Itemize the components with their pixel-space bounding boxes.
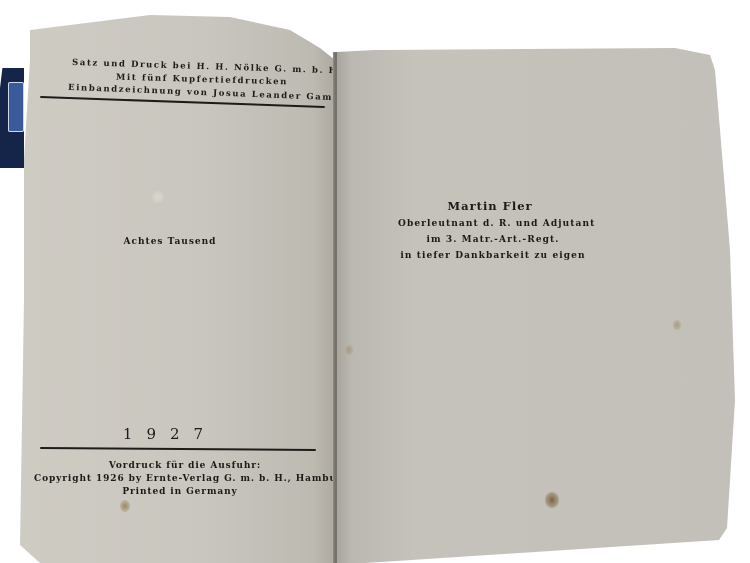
copyright-line-1: Vordruck für die Ausfuhr: — [80, 461, 290, 471]
open-book-photo: Satz und Druck bei H. H. Nölke G. m. b. … — [0, 0, 750, 563]
edition-text: Achtes Tausend — [120, 237, 220, 247]
paper-spot — [152, 191, 164, 203]
cover-label — [8, 82, 24, 132]
dedication-line-1: Oberleutnant d. R. und Adjutant — [398, 219, 588, 229]
year-text: 1927 — [110, 425, 230, 443]
dedication-line-2: im 3. Matr.-Art.-Regt. — [418, 235, 568, 245]
foxing-stain — [545, 492, 559, 508]
paper-stain — [673, 320, 681, 330]
dedication-line-3: in tiefer Dankbarkeit zu eigen — [398, 251, 588, 261]
paper-stain — [120, 500, 130, 512]
copyright-line-2: Copyright 1926 by Ernte-Verlag G. m. b. … — [34, 474, 320, 484]
right-page — [335, 0, 735, 563]
paper-stain — [345, 345, 353, 355]
dedication-name: Martin Fler — [430, 199, 550, 213]
copyright-line-3: Printed in Germany — [110, 487, 250, 497]
